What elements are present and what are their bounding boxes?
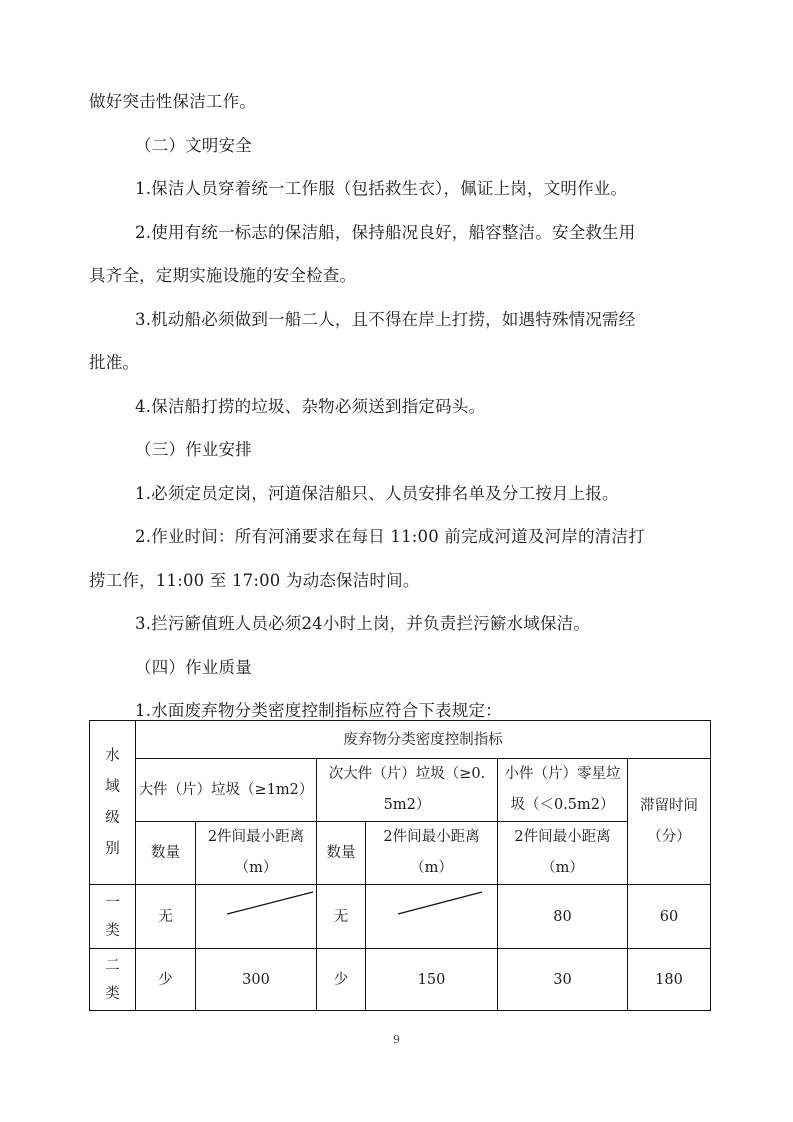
- paragraph-line: 2.使用有统一标志的保洁船，保持船况良好，船容整洁。安全救生用: [135, 222, 635, 244]
- row-small-dist: 30: [498, 949, 628, 1011]
- row-large-dist-na: [196, 885, 317, 949]
- table-row: 一类 无 无 80 60: [90, 885, 711, 949]
- row-medium-dist: 150: [366, 949, 498, 1011]
- diagonal-slash-icon: [366, 885, 498, 949]
- paragraph-line: 1.水面废弃物分类密度控制指标应符合下表规定：: [135, 700, 502, 722]
- table-row: 二类 少 300 少 150 30 180: [90, 949, 711, 1011]
- page-number: 9: [0, 1033, 793, 1046]
- paragraph-line: 捞工作，11:00 至 17:00 为动态保洁时间。: [89, 570, 420, 592]
- row-retention: 60: [628, 885, 711, 949]
- row-level: 二类: [90, 949, 136, 1011]
- header-medium-waste-text: 次大件（片）垃圾（≥0.5m2）: [327, 759, 487, 821]
- paragraph-line: 1.必须定员定岗，河道保洁船只、人员安排名单及分工按月上报。: [135, 483, 619, 505]
- header-retention-text: 滞留时间（分）: [637, 791, 701, 853]
- diagonal-slash-icon: [196, 885, 317, 949]
- header-large-dist: 2件间最小距离（m）: [196, 822, 317, 885]
- paragraph-line: （四）作业质量: [135, 657, 252, 679]
- header-small-waste-text: 小件（片）零星垃圾（＜0.5m2）: [502, 759, 624, 821]
- row-small-dist: 80: [498, 885, 628, 949]
- header-water-level: 水域级别: [90, 721, 136, 885]
- header-medium-qty: 数量: [317, 822, 366, 885]
- header-medium-dist-text: 2件间最小距离（m）: [376, 822, 488, 884]
- paragraph-line: （二）文明安全: [135, 135, 252, 157]
- row-level-text: 一类: [105, 889, 121, 945]
- row-level: 一类: [90, 885, 136, 949]
- header-small-waste: 小件（片）零星垃圾（＜0.5m2）: [498, 759, 628, 822]
- row-level-text: 二类: [105, 952, 121, 1008]
- paragraph-line: 4.保洁船打捞的垃圾、杂物必须送到指定码头。: [135, 396, 485, 418]
- header-medium-waste: 次大件（片）垃圾（≥0.5m2）: [317, 759, 498, 822]
- row-medium-qty: 少: [317, 949, 366, 1011]
- row-medium-dist-na: [366, 885, 498, 949]
- paragraph-line: 具齐全，定期实施设施的安全检查。: [89, 265, 356, 287]
- paragraph-line: 3.机动船必须做到一船二人，且不得在岸上打捞，如遇特殊情况需经: [135, 309, 635, 331]
- row-large-dist: 300: [196, 949, 317, 1011]
- paragraph-line: 批准。: [89, 352, 139, 374]
- paragraph-line: 3.拦污簖值班人员必须24小时上岗，并负责拦污簖水域保洁。: [135, 613, 590, 635]
- header-water-level-text: 水域级别: [105, 741, 121, 865]
- row-retention: 180: [628, 949, 711, 1011]
- header-medium-dist: 2件间最小距离（m）: [366, 822, 498, 885]
- header-group: 废弃物分类密度控制指标: [136, 721, 711, 759]
- paragraph-line: （三）作业安排: [135, 439, 252, 461]
- paragraph-line: 1.保洁人员穿着统一工作服（包括救生衣），佩证上岗，文明作业。: [135, 178, 627, 200]
- paragraph-line: 做好突击性保洁工作。: [89, 91, 256, 113]
- header-small-dist-text: 2件间最小距离（m）: [507, 822, 619, 884]
- header-large-qty: 数量: [136, 822, 196, 885]
- header-small-dist: 2件间最小距离（m）: [498, 822, 628, 885]
- header-large-waste: 大件（片）垃圾（≥1m2）: [136, 759, 317, 822]
- paragraph-line: 2.作业时间：所有河涌要求在每日 11:00 前完成河道及河岸的清洁打: [135, 526, 645, 548]
- header-large-dist-text: 2件间最小距离（m）: [200, 822, 312, 884]
- row-large-qty: 无: [136, 885, 196, 949]
- header-retention: 滞留时间（分）: [628, 759, 711, 885]
- waste-density-table: 水域级别 废弃物分类密度控制指标 大件（片）垃圾（≥1m2） 次大件（片）垃圾（…: [89, 720, 711, 1011]
- row-large-qty: 少: [136, 949, 196, 1011]
- row-medium-qty: 无: [317, 885, 366, 949]
